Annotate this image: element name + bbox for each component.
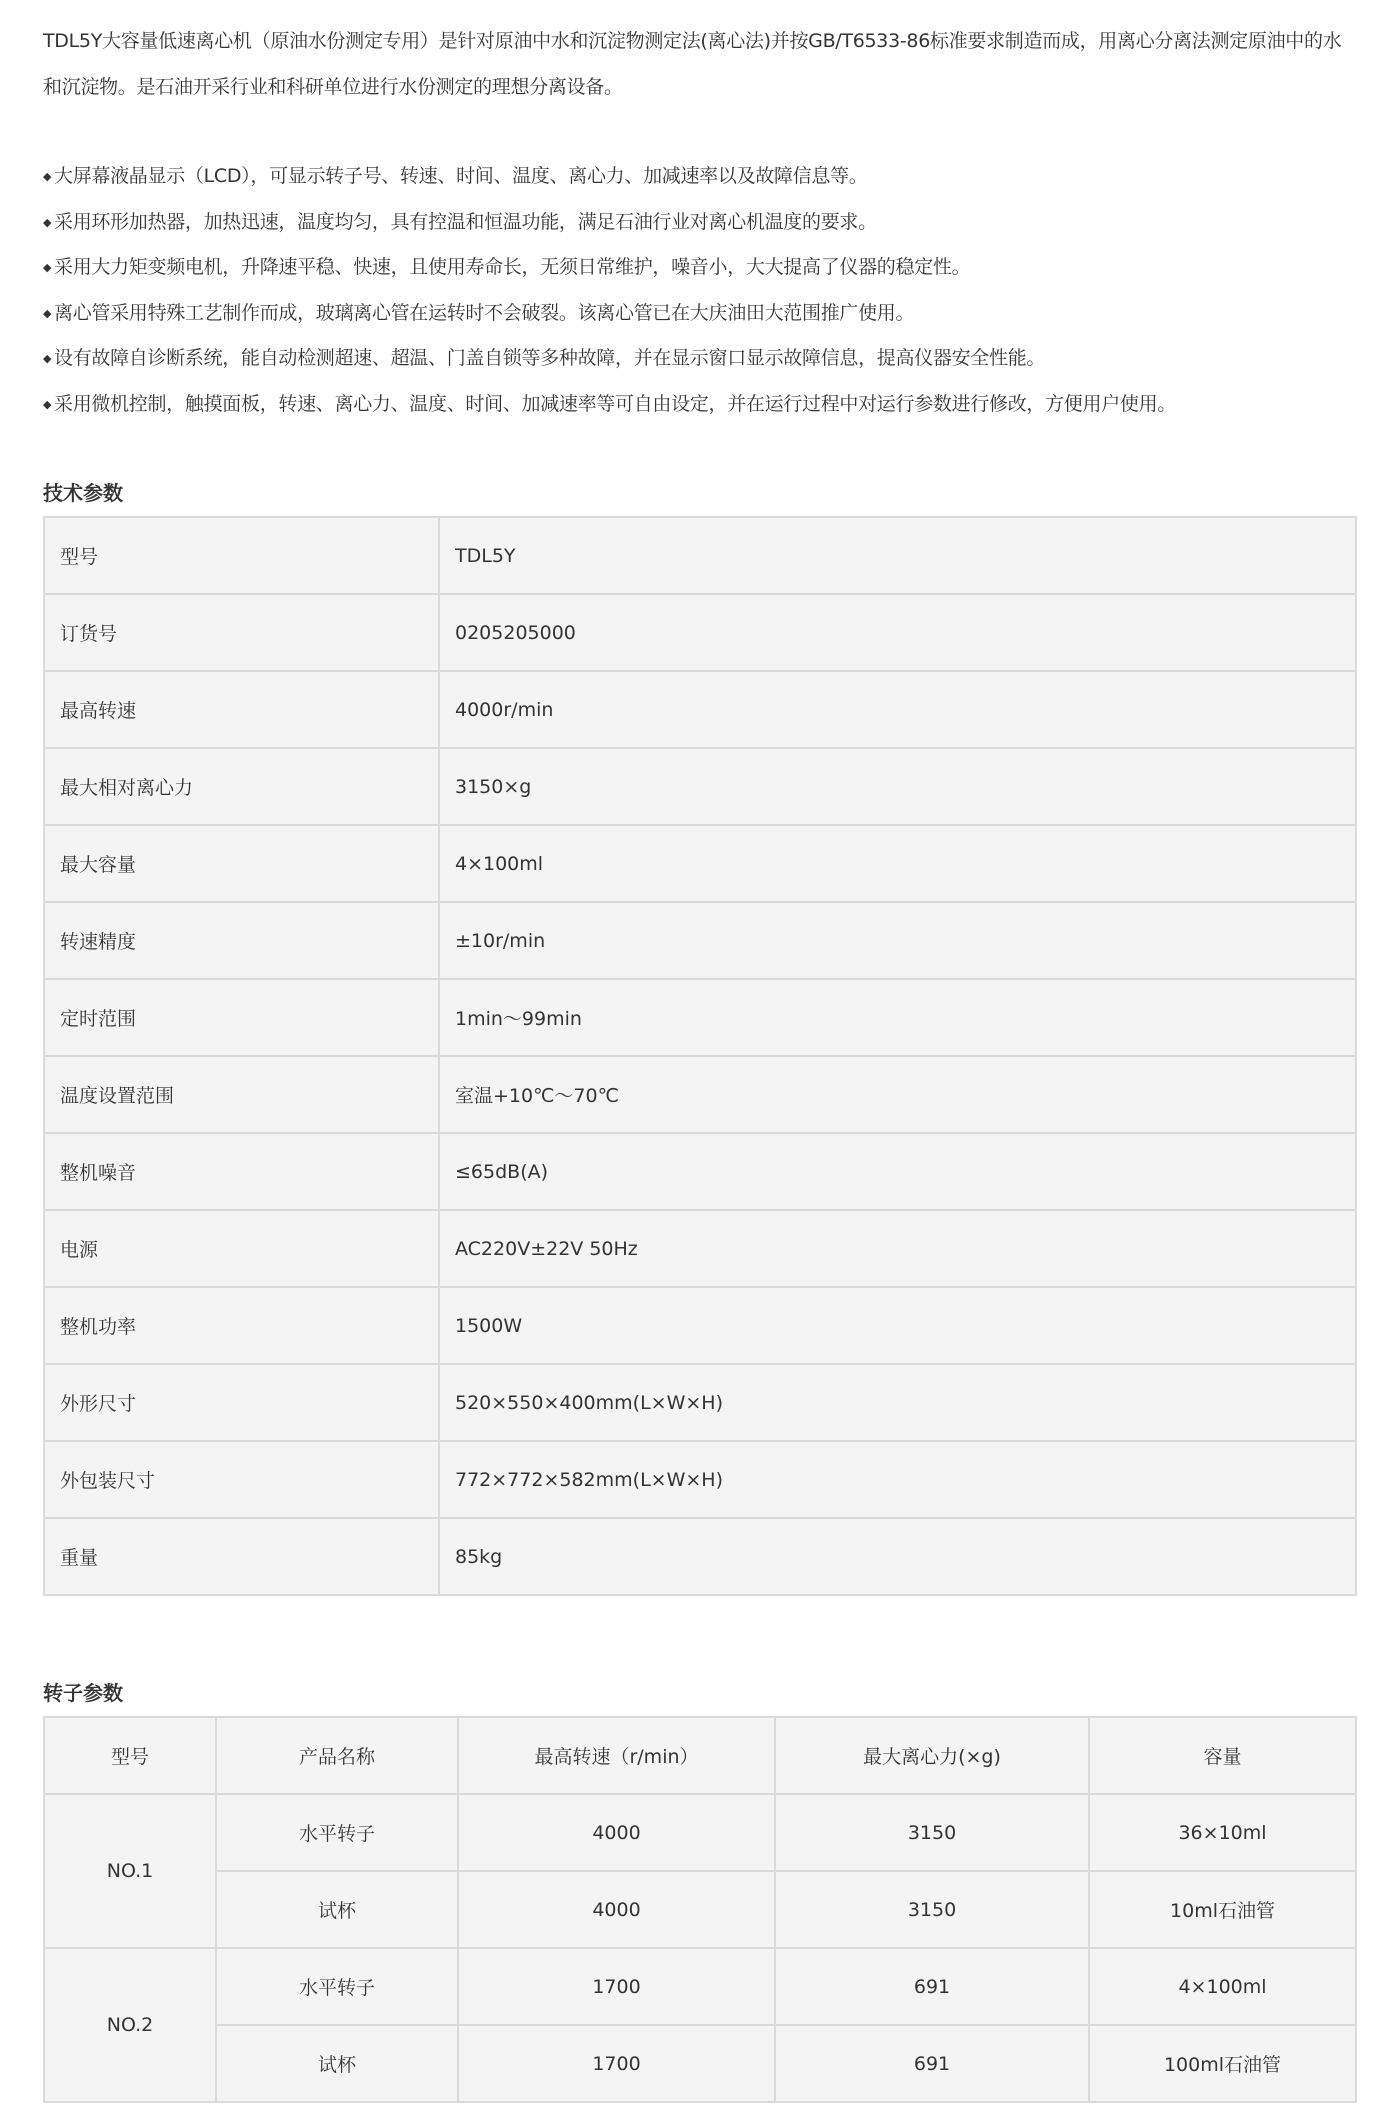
- spec-key: 温度设置范围: [44, 1056, 439, 1133]
- diamond-bullet-icon: ◆: [43, 200, 52, 246]
- rotor-capacity: 10ml石油管: [1089, 1871, 1356, 1948]
- rotor-capacity: 100ml石油管: [1089, 2025, 1356, 2102]
- spec-key: 外包装尺寸: [44, 1441, 439, 1518]
- spec-value: 室温+10℃～70℃: [439, 1056, 1356, 1133]
- spec-key: 整机噪音: [44, 1133, 439, 1210]
- feature-text: 设有故障自诊断系统，能自动检测超速、超温、门盖自锁等多种故障，并在显示窗口显示故…: [54, 336, 1045, 382]
- table-row: NO.1 水平转子 4000 3150 36×10ml: [44, 1794, 1356, 1871]
- spec-value: AC220V±22V 50Hz: [439, 1210, 1356, 1287]
- intro-paragraph: TDL5Y大容量低速离心机（原油水份测定专用）是针对原油中水和沉淀物测定法(离心…: [43, 0, 1357, 110]
- rotor-force: 691: [775, 2025, 1089, 2102]
- diamond-bullet-icon: ◆: [43, 336, 52, 382]
- rotor-force: 3150: [775, 1794, 1089, 1871]
- rotor-force: 691: [775, 1948, 1089, 2025]
- diamond-bullet-icon: ◆: [43, 154, 52, 200]
- column-header-model: 型号: [44, 1717, 216, 1794]
- spec-key: 整机功率: [44, 1287, 439, 1364]
- table-row: 订货号0205205000: [44, 594, 1356, 671]
- column-header-max-speed: 最高转速（r/min）: [458, 1717, 775, 1794]
- spec-key: 转速精度: [44, 902, 439, 979]
- diamond-bullet-icon: ◆: [43, 245, 52, 291]
- table-row: 温度设置范围室温+10℃～70℃: [44, 1056, 1356, 1133]
- diamond-bullet-icon: ◆: [43, 291, 52, 337]
- rotor-name: 试杯: [216, 2025, 458, 2102]
- rotor-section-title: 转子参数: [43, 1681, 123, 1705]
- rotor-force: 3150: [775, 1871, 1089, 1948]
- spec-table: 型号TDL5Y 订货号0205205000 最高转速4000r/min 最大相对…: [43, 516, 1357, 1596]
- feature-text: 大屏幕液晶显示（LCD），可显示转子号、转速、时间、温度、离心力、加减速率以及故…: [54, 154, 868, 200]
- spec-value: 1min～99min: [439, 979, 1356, 1056]
- rotor-model: NO.1: [44, 1794, 216, 1948]
- table-row: NO.2 水平转子 1700 691 4×100ml: [44, 1948, 1356, 2025]
- rotor-name: 试杯: [216, 1871, 458, 1948]
- spec-value: 3150×g: [439, 748, 1356, 825]
- table-row: 试杯 4000 3150 10ml石油管: [44, 1871, 1356, 1948]
- table-row: 最高转速4000r/min: [44, 671, 1356, 748]
- spec-value: 772×772×582mm(L×W×H): [439, 1441, 1356, 1518]
- column-header-max-force: 最大离心力(×g): [775, 1717, 1089, 1794]
- table-row: 整机功率1500W: [44, 1287, 1356, 1364]
- feature-text: 采用大力矩变频电机，升降速平稳、快速，且使用寿命长，无须日常维护，噪音小，大大提…: [54, 245, 970, 291]
- spec-key: 外形尺寸: [44, 1364, 439, 1441]
- rotor-name: 水平转子: [216, 1794, 458, 1871]
- column-header-capacity: 容量: [1089, 1717, 1356, 1794]
- feature-item: ◆大屏幕液晶显示（LCD），可显示转子号、转速、时间、温度、离心力、加减速率以及…: [43, 154, 1357, 200]
- spec-value: 4×100ml: [439, 825, 1356, 902]
- rotor-capacity: 36×10ml: [1089, 1794, 1356, 1871]
- spec-value: 85kg: [439, 1518, 1356, 1595]
- rotor-speed: 1700: [458, 2025, 775, 2102]
- rotor-model: NO.2: [44, 1948, 216, 2102]
- rotor-speed: 4000: [458, 1794, 775, 1871]
- diamond-bullet-icon: ◆: [43, 382, 52, 428]
- feature-text: 采用环形加热器，加热迅速，温度均匀，具有控温和恒温功能，满足石油行业对离心机温度…: [54, 200, 877, 246]
- spec-section-title: 技术参数: [43, 481, 123, 505]
- table-row: 电源AC220V±22V 50Hz: [44, 1210, 1356, 1287]
- feature-item: ◆设有故障自诊断系统，能自动检测超速、超温、门盖自锁等多种故障，并在显示窗口显示…: [43, 336, 1357, 382]
- rotor-capacity: 4×100ml: [1089, 1948, 1356, 2025]
- feature-item: ◆采用微机控制，触摸面板，转速、离心力、温度、时间、加减速率等可自由设定，并在运…: [43, 382, 1357, 428]
- table-row: 最大相对离心力3150×g: [44, 748, 1356, 825]
- table-row: 最大容量4×100ml: [44, 825, 1356, 902]
- table-row: 整机噪音≤65dB(A): [44, 1133, 1356, 1210]
- table-row: 定时范围1min～99min: [44, 979, 1356, 1056]
- spec-key: 最大容量: [44, 825, 439, 902]
- spec-value: ≤65dB(A): [439, 1133, 1356, 1210]
- table-row: 重量85kg: [44, 1518, 1356, 1595]
- table-row: 试杯 1700 691 100ml石油管: [44, 2025, 1356, 2102]
- table-row: 转速精度±10r/min: [44, 902, 1356, 979]
- spec-value: 520×550×400mm(L×W×H): [439, 1364, 1356, 1441]
- rotor-table: 型号 产品名称 最高转速（r/min） 最大离心力(×g) 容量 NO.1 水平…: [43, 1716, 1357, 2103]
- table-header-row: 型号 产品名称 最高转速（r/min） 最大离心力(×g) 容量: [44, 1717, 1356, 1794]
- table-row: 型号TDL5Y: [44, 517, 1356, 594]
- spec-value: 4000r/min: [439, 671, 1356, 748]
- spec-value: 0205205000: [439, 594, 1356, 671]
- table-row: 外包装尺寸772×772×582mm(L×W×H): [44, 1441, 1356, 1518]
- feature-list: ◆大屏幕液晶显示（LCD），可显示转子号、转速、时间、温度、离心力、加减速率以及…: [43, 154, 1357, 427]
- feature-item: ◆采用大力矩变频电机，升降速平稳、快速，且使用寿命长，无须日常维护，噪音小，大大…: [43, 245, 1357, 291]
- column-header-product-name: 产品名称: [216, 1717, 458, 1794]
- spec-value: ±10r/min: [439, 902, 1356, 979]
- spec-value: 1500W: [439, 1287, 1356, 1364]
- feature-text: 离心管采用特殊工艺制作而成，玻璃离心管在运转时不会破裂。该离心管已在大庆油田大范…: [54, 291, 914, 337]
- spec-key: 电源: [44, 1210, 439, 1287]
- rotor-speed: 4000: [458, 1871, 775, 1948]
- spec-key: 型号: [44, 517, 439, 594]
- spec-key: 定时范围: [44, 979, 439, 1056]
- spec-key: 重量: [44, 1518, 439, 1595]
- spec-key: 订货号: [44, 594, 439, 671]
- table-row: 外形尺寸520×550×400mm(L×W×H): [44, 1364, 1356, 1441]
- spec-key: 最大相对离心力: [44, 748, 439, 825]
- feature-item: ◆采用环形加热器，加热迅速，温度均匀，具有控温和恒温功能，满足石油行业对离心机温…: [43, 200, 1357, 246]
- feature-text: 采用微机控制，触摸面板，转速、离心力、温度、时间、加减速率等可自由设定，并在运行…: [54, 382, 1176, 428]
- rotor-name: 水平转子: [216, 1948, 458, 2025]
- rotor-speed: 1700: [458, 1948, 775, 2025]
- product-description: TDL5Y大容量低速离心机（原油水份测定专用）是针对原油中水和沉淀物测定法(离心…: [43, 0, 1357, 427]
- spec-key: 最高转速: [44, 671, 439, 748]
- feature-item: ◆离心管采用特殊工艺制作而成，玻璃离心管在运转时不会破裂。该离心管已在大庆油田大…: [43, 291, 1357, 337]
- spec-value: TDL5Y: [439, 517, 1356, 594]
